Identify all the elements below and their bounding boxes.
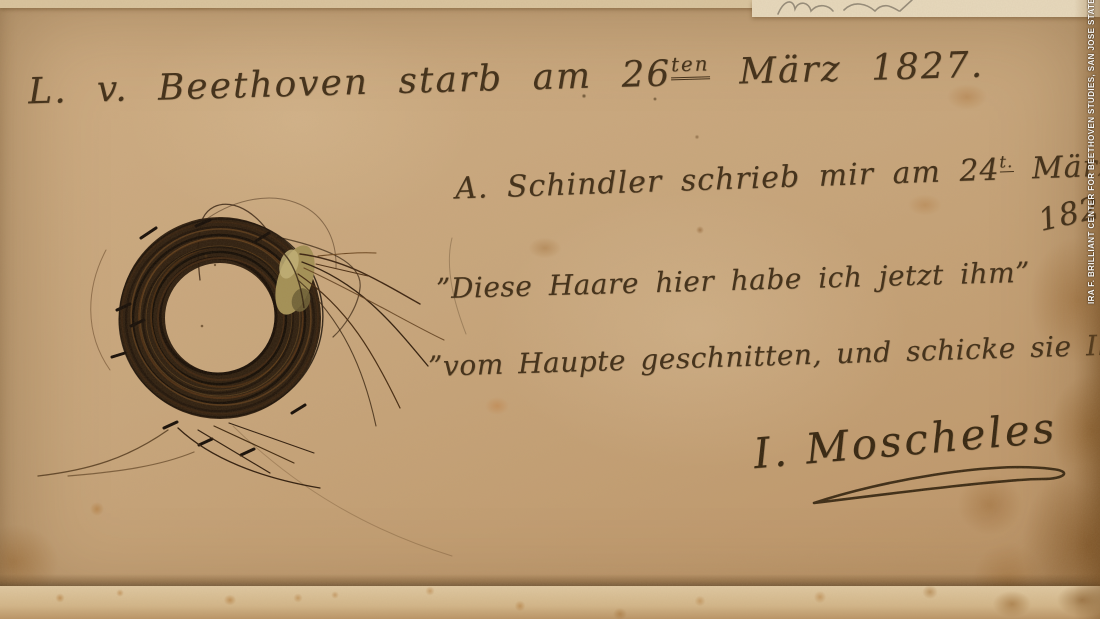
hair-lock-image [28,158,558,619]
line2-superscript: t. [999,152,1014,172]
signature-flourish [790,455,1080,515]
line1-pre: L. v. Beethoven starb am 26 [28,53,672,112]
backing-paper-bottom [0,586,1100,619]
note-bottom-edge-shadow [0,574,1100,586]
faint-handwriting-top-edge [750,0,950,20]
line1-superscript: ten [671,52,710,80]
photo-credit: IRA F. BRILLIANT CENTER FOR BEETHOVEN ST… [1087,4,1096,304]
line1-post: März 1827. [709,45,984,94]
photo-beethoven-hair-note: L. v. Beethoven starb am 26ten März 1827… [0,0,1100,619]
hair-coil [101,200,342,436]
inscription-line-1: L. v. Beethoven starb am 26ten März 1827… [28,45,985,113]
